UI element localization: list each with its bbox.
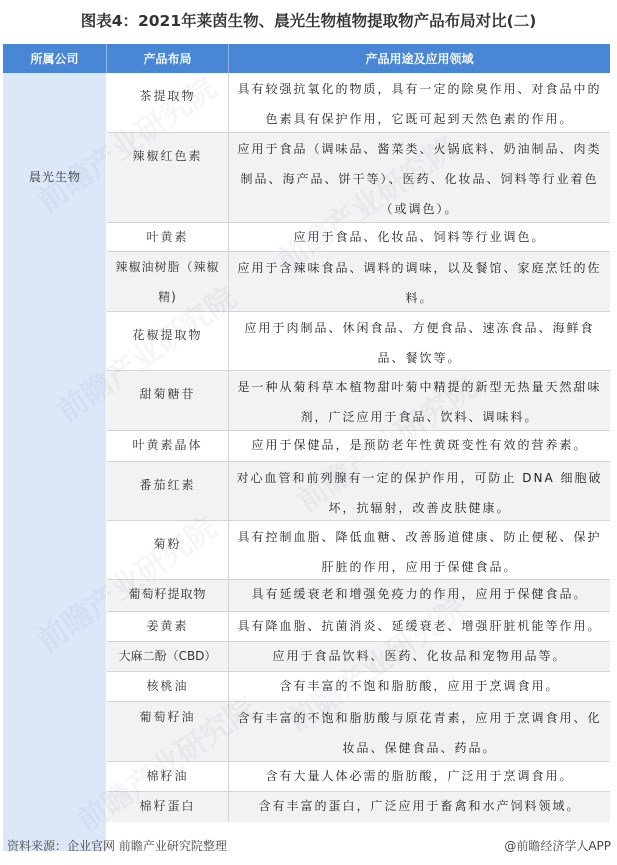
- page-title: 图表4：2021年莱茵生物、晨光生物植物提取物产品布局对比(二): [0, 9, 617, 31]
- product-comparison-table: 所属公司 产品布局 产品用途及应用领域 晨光生物 茶提取物 具有较强抗氧化的物质…: [3, 44, 610, 851]
- table-row: 棉籽蛋白 含有丰富的蛋白，广泛应用于畜禽和水产饲料领域。: [107, 792, 610, 822]
- credit-note: @前瞻经济学人APP: [504, 837, 611, 854]
- table-row: 叶黄素晶体 应用于保健品，是预防老年性黄斑变性有效的营养素。: [107, 431, 610, 462]
- product-description: 具有降血脂、抗菌消炎、延缓衰老、增强肝脏机能等作用。: [229, 612, 610, 641]
- product-name: 棉籽油: [107, 762, 229, 791]
- product-description: 应用于食品、化妆品、饲料等行业调色。: [229, 223, 610, 251]
- table-row: 番茄红素 对心血管和前列腺有一定的保护作用，可防止 DNA 细胞破坏，抗辐射，改…: [107, 462, 610, 521]
- table-row: 葡萄籽油 含有丰富的不饱和脂肪酸与原花青素，应用于烹调食用、化妆品、保健食品、药…: [107, 702, 610, 762]
- table-row: 大麻二酚（CBD） 应用于食品饮料、医药、化妆品和宠物用品等。: [107, 642, 610, 672]
- product-name: 叶黄素: [107, 223, 229, 251]
- table-rows: 茶提取物 具有较强抗氧化的物质，具有一定的除臭作用、对食品中的色素具有保护作用，…: [107, 73, 610, 851]
- table-body: 晨光生物 茶提取物 具有较强抗氧化的物质，具有一定的除臭作用、对食品中的色素具有…: [3, 73, 610, 851]
- table-row: 葡萄籽提取物 具有延缓衰老和增强免疫力的作用，应用于保健食品。: [107, 580, 610, 612]
- product-description: 具有延缓衰老和增强免疫力的作用，应用于保健食品。: [229, 580, 610, 611]
- table-row: 叶黄素 应用于食品、化妆品、饲料等行业调色。: [107, 223, 610, 252]
- table-row: 茶提取物 具有较强抗氧化的物质，具有一定的除臭作用、对食品中的色素具有保护作用，…: [107, 73, 610, 133]
- product-description: 含有丰富的蛋白，广泛应用于畜禽和水产饲料领域。: [229, 792, 610, 822]
- table-row: 菊粉 具有控制血脂、降低血糖、改善肠道健康、防止便秘、保护肝脏的作用，应用于保健…: [107, 521, 610, 580]
- product-name: 茶提取物: [107, 73, 229, 132]
- table-row: 辣椒油树脂（辣椒精) 应用于含辣味食品、调料的调味，以及餐馆、家庭烹饪的佐料。: [107, 252, 610, 312]
- product-description: 含有丰富的不饱和脂肪酸，应用于烹调食用。: [229, 672, 610, 701]
- product-description: 含有丰富的不饱和脂肪酸与原花青素，应用于烹调食用、化妆品、保健食品、药品。: [229, 702, 610, 761]
- product-name: 姜黄素: [107, 612, 229, 641]
- product-description: 应用于食品（调味品、酱菜类、火锅底料、奶油制品、肉类制品、海产品、饼干等）、医药…: [229, 133, 610, 222]
- page: 图表4：2021年莱茵生物、晨光生物植物提取物产品布局对比(二) 所属公司 产品…: [0, 0, 617, 865]
- product-description: 具有控制血脂、降低血糖、改善肠道健康、防止便秘、保护肝脏的作用，应用于保健食品。: [229, 521, 610, 579]
- table-row: 花椒提取物 应用于肉制品、休闲食品、方便食品、速冻食品、海鲜食品、餐饮等。: [107, 312, 610, 371]
- product-name: 辣椒油树脂（辣椒精): [107, 252, 229, 311]
- header-company: 所属公司: [3, 44, 107, 73]
- product-name: 番茄红素: [107, 462, 229, 520]
- company-cell: 晨光生物: [3, 73, 107, 851]
- product-name: 叶黄素晶体: [107, 431, 229, 461]
- product-name: 花椒提取物: [107, 312, 229, 370]
- table-row: 核桃油 含有丰富的不饱和脂肪酸，应用于烹调食用。: [107, 672, 610, 702]
- table-header: 所属公司 产品布局 产品用途及应用领域: [3, 44, 610, 73]
- table-row: 姜黄素 具有降血脂、抗菌消炎、延缓衰老、增强肝脏机能等作用。: [107, 612, 610, 642]
- product-description: 应用于食品饮料、医药、化妆品和宠物用品等。: [229, 642, 610, 671]
- product-name: 甜菊糖苷: [107, 371, 229, 430]
- header-application: 产品用途及应用领域: [229, 44, 610, 73]
- header-product: 产品布局: [107, 44, 229, 73]
- table-row: 甜菊糖苷 是一种从菊科草本植物甜叶菊中精提的新型无热量天然甜味剂，广泛应用于食品…: [107, 371, 610, 431]
- company-name: 晨光生物: [3, 168, 107, 185]
- product-name: 葡萄籽油: [107, 702, 229, 761]
- product-description: 具有较强抗氧化的物质，具有一定的除臭作用、对食品中的色素具有保护作用，它既可起到…: [229, 73, 610, 132]
- product-name: 辣椒红色素: [107, 133, 229, 222]
- product-description: 是一种从菊科草本植物甜叶菊中精提的新型无热量天然甜味剂，广泛应用于食品、饮料、调…: [229, 371, 610, 430]
- table-row: 棉籽油 含有大量人体必需的脂肪酸，广泛用于烹调食用。: [107, 762, 610, 792]
- source-note: 资料来源：企业官网 前瞻产业研究院整理: [7, 837, 227, 854]
- product-name: 核桃油: [107, 672, 229, 701]
- product-description: 应用于含辣味食品、调料的调味，以及餐馆、家庭烹饪的佐料。: [229, 252, 610, 311]
- table-row: 辣椒红色素 应用于食品（调味品、酱菜类、火锅底料、奶油制品、肉类制品、海产品、饼…: [107, 133, 610, 223]
- product-name: 葡萄籽提取物: [107, 580, 229, 611]
- product-description: 对心血管和前列腺有一定的保护作用，可防止 DNA 细胞破坏，抗辐射，改善皮肤健康…: [229, 462, 610, 520]
- product-description: 应用于肉制品、休闲食品、方便食品、速冻食品、海鲜食品、餐饮等。: [229, 312, 610, 370]
- product-description: 应用于保健品，是预防老年性黄斑变性有效的营养素。: [229, 431, 610, 461]
- product-description: 含有大量人体必需的脂肪酸，广泛用于烹调食用。: [229, 762, 610, 791]
- product-name: 菊粉: [107, 521, 229, 579]
- product-name: 棉籽蛋白: [107, 792, 229, 822]
- product-name: 大麻二酚（CBD）: [107, 642, 229, 671]
